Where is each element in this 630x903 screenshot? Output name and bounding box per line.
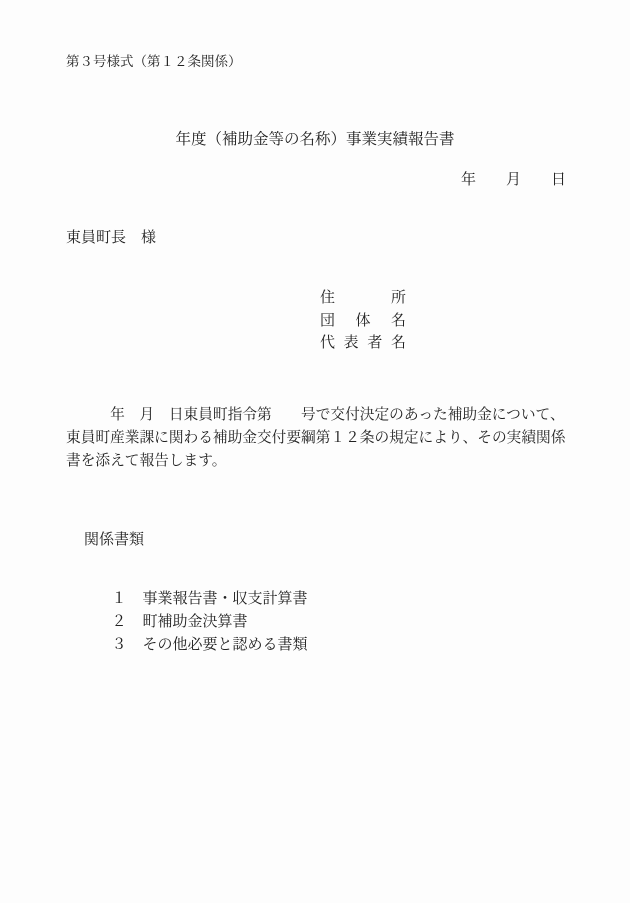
attachment-number: ３ xyxy=(112,634,143,657)
attachment-label: 事業報告書・収支計算書 xyxy=(143,591,308,607)
attachments-list: １事業報告書・収支計算書 ２町補助金決算書 ３その他必要と認める書類 xyxy=(89,565,308,634)
attachment-label: 町補助金決算書 xyxy=(143,614,248,630)
addressee: 東員町長 様 xyxy=(66,226,156,247)
attachment-item: １事業報告書・収支計算書 xyxy=(89,565,308,588)
attachment-label: その他必要と認める書類 xyxy=(143,637,308,653)
attachments-heading: 関係書類 xyxy=(84,528,144,549)
attachment-number: ２ xyxy=(112,611,143,634)
form-number: 第３号様式（第１２条関係） xyxy=(66,50,242,70)
sender-organization-label: 団体名 xyxy=(320,310,406,333)
date-line: 年 月 日 xyxy=(461,168,566,189)
sender-address-label: 住所 xyxy=(320,287,406,310)
sender-representative-label: 代表者名 xyxy=(320,332,406,355)
body-paragraph: 年 月 日東員町指令第 号で交付決定のあった補助金について、 東員町産業課に関わ… xyxy=(66,404,571,474)
body-line-2: 東員町産業課に関わる補助金交付要綱第１２条の規定により、その実績関係 xyxy=(66,427,571,450)
attachment-number: １ xyxy=(112,588,143,611)
sender-block: 住所 団体名 代表者名 xyxy=(320,287,406,355)
document-page: 第３号様式（第１２条関係） 年度（補助金等の名称）事業実績報告書 年 月 日 東… xyxy=(0,0,630,903)
document-title: 年度（補助金等の名称）事業実績報告書 xyxy=(0,127,630,149)
body-line-1: 年 月 日東員町指令第 号で交付決定のあった補助金について、 xyxy=(66,404,571,427)
body-line-3: 書を添えて報告します。 xyxy=(66,450,571,473)
